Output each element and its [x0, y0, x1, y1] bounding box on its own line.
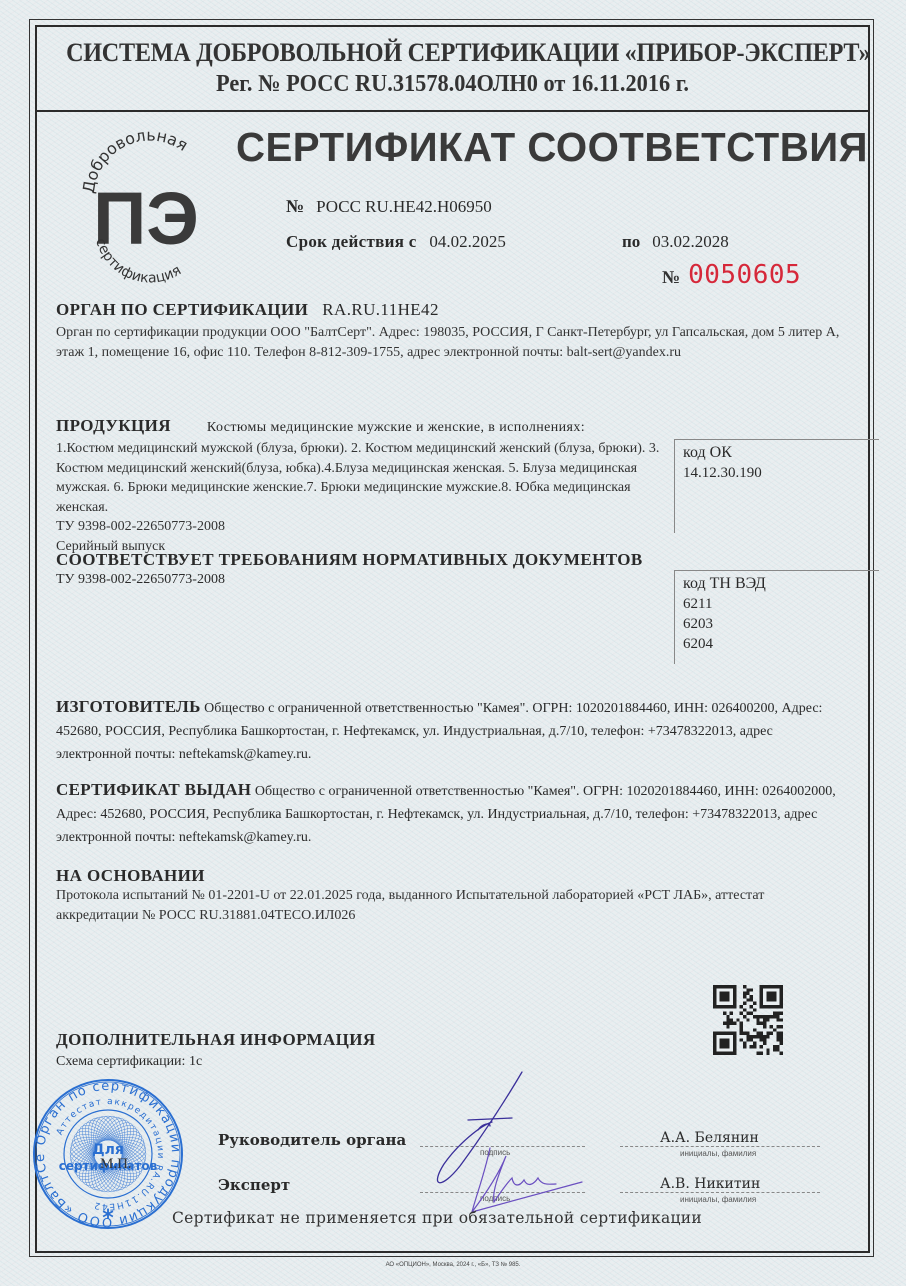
- issued-to-heading: СЕРТИФИКАТ ВЫДАН: [56, 780, 251, 799]
- organ-code: RA.RU.11НЕ42: [322, 300, 439, 319]
- expert-label: Эксперт: [218, 1176, 290, 1194]
- expert-name-caption: инициалы, фамилия: [680, 1195, 756, 1204]
- system-registration: Рег. № РОСС RU.31578.04ОЛН0 от 16.11.201…: [66, 71, 839, 98]
- header-divider: [35, 110, 868, 112]
- validity-from-row: Срок действия с 04.02.2025: [286, 232, 506, 252]
- product-heading-row: ПРОДУКЦИЯКостюмы медицинские мужские и ж…: [56, 416, 585, 436]
- svg-text:*: *: [102, 1206, 114, 1230]
- issued-to-section: СЕРТИФИКАТ ВЫДАН Общество с ограниченной…: [56, 778, 846, 849]
- certificate-title: СЕРТИФИКАТ СООТВЕТСТВИЯ: [236, 124, 868, 171]
- seal-stamp-icon: Орган по сертификации продукции ООО «Бал…: [32, 1078, 184, 1230]
- head-of-body-label: Руководитель органа: [218, 1131, 406, 1149]
- manufacturer-section: ИЗГОТОВИТЕЛЬ Общество с ограниченной отв…: [56, 695, 846, 766]
- ok-code-box: код ОК 14.12.30.190: [674, 439, 879, 533]
- validity-to-row: по03.02.2028: [622, 232, 729, 252]
- blank-serial-number: 0050605: [688, 260, 801, 290]
- ok-code-label: код ОК: [683, 443, 879, 463]
- product-intro: Костюмы медицинские мужские и женские, в…: [207, 420, 585, 435]
- valid-to-label: по: [622, 232, 640, 251]
- head-name-line: [620, 1146, 820, 1147]
- footer-note: Сертификат не применяется при обязательн…: [172, 1209, 702, 1227]
- system-title: СИСТЕМА ДОБРОВОЛЬНОЙ СЕРТИФИКАЦИИ «ПРИБО…: [66, 38, 839, 68]
- seal-place-label: М.П.: [100, 1156, 132, 1173]
- serial-symbol: №: [662, 267, 680, 287]
- qr-code-icon: [713, 983, 783, 1057]
- manufacturer-heading: ИЗГОТОВИТЕЛЬ: [56, 697, 201, 716]
- conformity-document: ТУ 9398-002-22650773-2008: [56, 572, 225, 588]
- additional-info-heading: ДОПОЛНИТЕЛЬНАЯ ИНФОРМАЦИЯ: [56, 1030, 376, 1050]
- tn-ved-code: 6211: [683, 594, 879, 614]
- tn-ved-label: код ТН ВЭД: [683, 574, 879, 594]
- pe-logo-icon: Добровольная ПЭ сертификация: [82, 122, 212, 287]
- expert-name-line: [620, 1192, 820, 1193]
- validity-label: Срок действия с: [286, 232, 417, 251]
- organ-heading-row: ОРГАН ПО СЕРТИФИКАЦИИRA.RU.11НЕ42: [56, 300, 439, 320]
- number-symbol: №: [286, 196, 304, 216]
- product-standard: ТУ 9398-002-22650773-2008: [56, 517, 666, 537]
- organ-heading: ОРГАН ПО СЕРТИФИКАЦИИ: [56, 300, 308, 319]
- product-description: 1.Костюм медицинский мужской (блуза, брю…: [56, 439, 666, 517]
- printer-imprint: АО «ОПЦИОН», Москва, 2024 г., «Б», ТЗ № …: [0, 1262, 906, 1268]
- tn-ved-code: 6204: [683, 634, 879, 654]
- valid-from: 04.02.2025: [429, 232, 506, 251]
- basis-details: Протокола испытаний № 01-2201-U от 22.01…: [56, 886, 846, 925]
- expert-name: А.В. Никитин: [660, 1176, 760, 1192]
- product-details: 1.Костюм медицинский мужской (блуза, брю…: [56, 439, 666, 556]
- head-name-caption: инициалы, фамилия: [680, 1149, 756, 1158]
- organ-details: Орган по сертификации продукции ООО "Бал…: [56, 323, 846, 362]
- basis-heading: НА ОСНОВАНИИ: [56, 866, 205, 886]
- head-name: А.А. Белянин: [660, 1130, 759, 1146]
- tn-ved-code: 6203: [683, 614, 879, 634]
- conformity-heading: СООТВЕТСТВУЕТ ТРЕБОВАНИЯМ НОРМАТИВНЫХ ДО…: [56, 550, 643, 570]
- ok-code-value: 14.12.30.190: [683, 463, 879, 483]
- certification-scheme: Схема сертификации: 1с: [56, 1054, 202, 1070]
- valid-to: 03.02.2028: [652, 232, 729, 251]
- blank-serial-row: №0050605: [662, 260, 801, 290]
- certificate-number-row: №РОСС RU.НЕ42.Н06950: [286, 196, 492, 217]
- handwritten-signatures-icon: [432, 1066, 592, 1226]
- product-heading: ПРОДУКЦИЯ: [56, 416, 171, 435]
- tn-ved-code-box: код ТН ВЭД 6211 6203 6204: [674, 570, 879, 664]
- certificate-number: РОСС RU.НЕ42.Н06950: [316, 197, 492, 216]
